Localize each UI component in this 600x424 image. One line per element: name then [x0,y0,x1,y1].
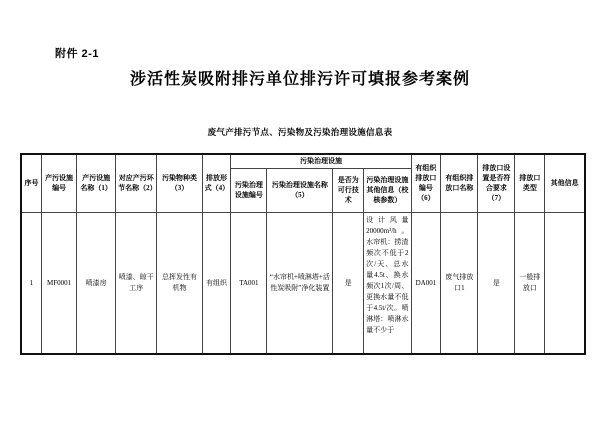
cell-treatment-facility-code: TA001 [231,212,267,354]
cell-treatment-facility-name: “水帘机+喷淋塔+活性炭吸附”净化装置 [267,212,333,354]
header-production-step-name: 对应产污环节名称（2） [116,154,157,212]
cell-outlet-type: 一般排放口 [515,212,545,354]
table-caption: 废气产排污节点、污染物及污染治理设施信息表 [0,126,600,138]
document-title: 涉活性炭吸附排污单位排污许可填报参考案例 [0,66,600,89]
cell-treatment-facility-other-info: 设计风量20000m³/h。水帘机：捞渣频次不低于2次/天、总水量4.5t、换水… [364,212,411,354]
header-seq-no: 序号 [21,154,42,212]
header-outlet-name: 有组织排放口名称 [441,154,478,212]
cell-production-step-name: 喷漆、晾干工序 [116,212,157,354]
attachment-label: 附件 2-1 [55,45,99,61]
header-pollution-facility-name: 产污设施名称（1） [77,154,116,212]
header-row-top: 序号 产污设施编号 产污设施名称（1） 对应产污环节名称（2） 污染物种类（3）… [21,154,585,168]
header-pollutant-type: 污染物种类（3） [157,154,202,212]
cell-seq-no: 1 [21,212,42,354]
header-treatment-facility-code: 污染治理设施编号 [231,168,267,212]
table-row: 1 MF0001 喷漆房 喷漆、晾干工序 总挥发性有机物 有组织 TA001 “… [21,212,585,354]
header-outlet-compliance: 排放口设置是否符合要求（7） [478,154,515,212]
document-page: 附件 2-1 涉活性炭吸附排污单位排污许可填报参考案例 废气产排污节点、污染物及… [0,0,600,424]
cell-other-info [545,212,585,354]
emission-info-table: 序号 产污设施编号 产污设施名称（1） 对应产污环节名称（2） 污染物种类（3）… [20,153,586,355]
cell-pollution-facility-code: MF0001 [42,212,77,354]
header-treatment-facility-name: 污染治理设施名称（5） [267,168,333,212]
header-treatment-facility-other-info: 污染治理设施其他信息（校核参数） [364,168,411,212]
cell-pollution-facility-name: 喷漆房 [77,212,116,354]
cell-pollutant-type: 总挥发性有机物 [157,212,202,354]
header-outlet-type: 排放口类型 [515,154,545,212]
header-outlet-code: 有组织排放口编号（6） [411,154,441,212]
header-pollution-facility-code: 产污设施编号 [42,154,77,212]
cell-discharge-form: 有组织 [202,212,231,354]
header-group-treatment-facility: 污染治理设施 [231,154,411,168]
cell-outlet-code: DA001 [411,212,441,354]
header-other-info: 其他信息 [545,154,585,212]
cell-outlet-compliance: 是 [478,212,515,354]
header-discharge-form: 排放形式（4） [202,154,231,212]
cell-feasible-technology: 是 [333,212,364,354]
cell-outlet-name: 废气排放口1 [441,212,478,354]
header-feasible-technology: 是否为可行技术 [333,168,364,212]
